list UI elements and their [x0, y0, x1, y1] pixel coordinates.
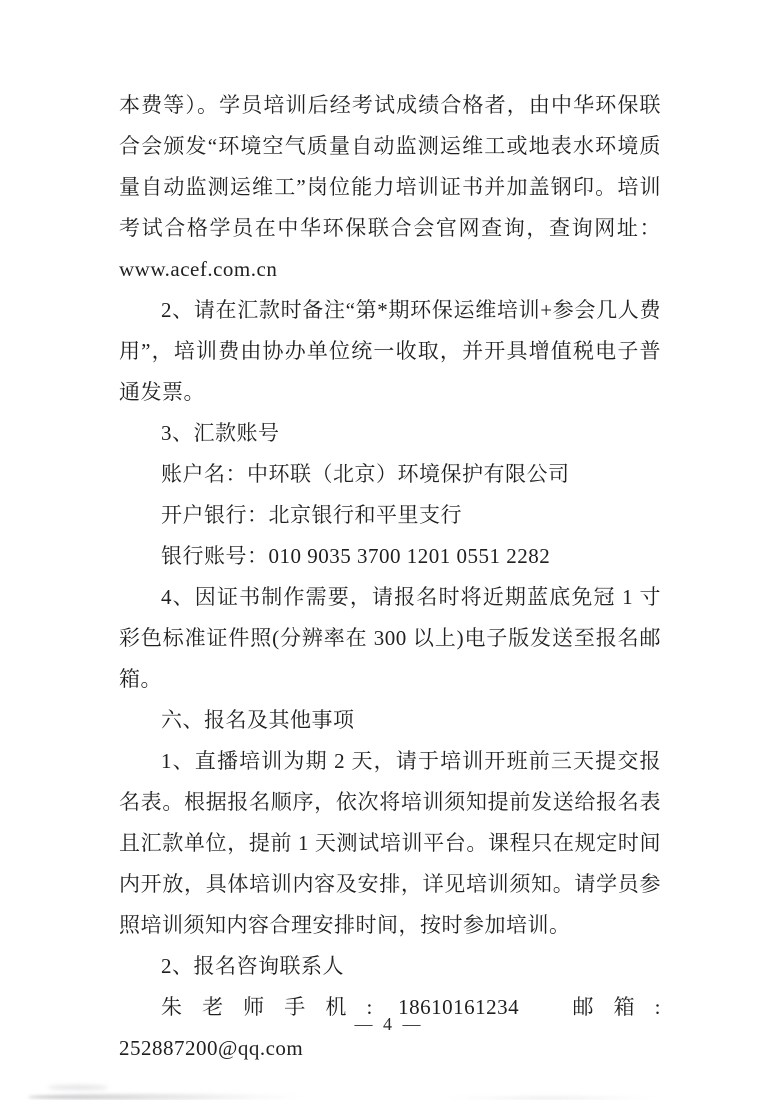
document-body: 本费等）。学员培训后经考试成绩合格者，由中华环保联合会颁发“环境空气质量自动监测…: [119, 85, 661, 1069]
heading-remittance-account: 3、汇款账号: [119, 413, 661, 454]
page-number: — 4 —: [0, 1014, 778, 1035]
paragraph-certificate-continuation: 本费等）。学员培训后经考试成绩合格者，由中华环保联合会颁发“环境空气质量自动监测…: [119, 85, 661, 290]
paragraph-photo-requirement: 4、因证书制作需要，请报名时将近期蓝底免冠 1 寸彩色标准证件照(分辨率在 30…: [119, 577, 661, 700]
scan-artifact: [440, 1096, 660, 1100]
scan-artifact: [28, 1094, 308, 1100]
scan-artifact: [48, 1085, 108, 1090]
section-heading-registration: 六、报名及其他事项: [119, 700, 661, 741]
line-bank-account-number: 银行账号：010 9035 3700 1201 0551 2282: [119, 536, 661, 577]
line-bank-name: 开户银行：北京银行和平里支行: [119, 495, 661, 536]
line-account-name: 账户名：中环联（北京）环境保护有限公司: [119, 454, 661, 495]
document-page: 本费等）。学员培训后经考试成绩合格者，由中华环保联合会颁发“环境空气质量自动监测…: [0, 0, 778, 1100]
paragraph-remittance-note: 2、请在汇款时备注“第*期环保运维培训+参会几人费用”，培训费由协办单位统一收取…: [119, 290, 661, 413]
heading-registration-contact: 2、报名咨询联系人: [119, 946, 661, 987]
paragraph-training-schedule: 1、直播培训为期 2 天，请于培训开班前三天提交报名表。根据报名顺序，依次将培训…: [119, 741, 661, 946]
